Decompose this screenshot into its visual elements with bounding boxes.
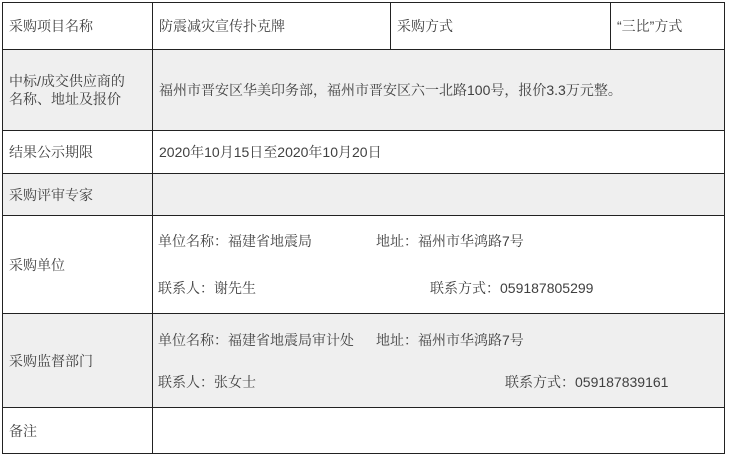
supervisor-address: 地址：福州市华鸿路7号 [376, 331, 524, 349]
result-period-label: 结果公示期限 [3, 131, 153, 174]
supervisor-person-line: 联系人：张女士 联系方式：059187839161 [153, 361, 724, 403]
purchaser-contact-cell: 单位名称：福建省地震局 地址：福州市华鸿路7号 联系人：谢先生 联系方式：059… [153, 216, 725, 314]
supplier-value: 福州市晋安区华美印务部，福州市晋安区六一北路100号，报价3.3万元整。 [153, 50, 725, 131]
purchaser-contact-person: 联系人：谢先生 [158, 279, 430, 297]
table-row-experts: 采购评审专家 [3, 174, 725, 216]
result-period-value: 2020年10月15日至2020年10月20日 [153, 131, 725, 174]
table-row-supplier: 中标/成交供应商的 名称、地址及报价 福州市晋安区华美印务部，福州市晋安区六一北… [3, 50, 725, 131]
purchaser-unit-line: 单位名称：福建省地震局 地址：福州市华鸿路7号 [153, 218, 724, 265]
table-row-purchaser: 采购单位 单位名称：福建省地震局 地址：福州市华鸿路7号 联系人：谢先生 联系方… [3, 216, 725, 314]
procurement-method-label: 采购方式 [391, 3, 611, 50]
table-row-supervisor: 采购监督部门 单位名称：福建省地震局审计处 地址：福州市华鸿路7号 联系人：张女… [3, 314, 725, 408]
procurement-announcement-page: 采购项目名称 防震减灾宣传扑克牌 采购方式 “三比”方式 中标/成交供应商的 名… [0, 0, 732, 460]
table-row-project: 采购项目名称 防震减灾宣传扑克牌 采购方式 “三比”方式 [3, 3, 725, 50]
supervisor-unit-name: 单位名称：福建省地震局审计处 [158, 331, 376, 349]
project-name-label: 采购项目名称 [3, 3, 153, 50]
remarks-value [153, 408, 725, 454]
supervisor-contact-person: 联系人：张女士 [158, 373, 505, 391]
supervisor-contact-cell: 单位名称：福建省地震局审计处 地址：福州市华鸿路7号 联系人：张女士 联系方式：… [153, 314, 725, 408]
remarks-label: 备注 [3, 408, 153, 454]
purchaser-person-line: 联系人：谢先生 联系方式：059187805299 [153, 265, 724, 312]
purchaser-contact-phone: 联系方式：059187805299 [430, 279, 593, 297]
purchaser-label: 采购单位 [3, 216, 153, 314]
review-experts-value [153, 174, 725, 216]
supervisor-label: 采购监督部门 [3, 314, 153, 408]
supplier-label: 中标/成交供应商的 名称、地址及报价 [3, 50, 153, 131]
table-row-remarks: 备注 [3, 408, 725, 454]
review-experts-label: 采购评审专家 [3, 174, 153, 216]
procurement-method-value: “三比”方式 [611, 3, 725, 50]
purchaser-address: 地址：福州市华鸿路7号 [376, 232, 524, 250]
procurement-result-table: 采购项目名称 防震减灾宣传扑克牌 采购方式 “三比”方式 中标/成交供应商的 名… [2, 2, 725, 454]
table-row-result-period: 结果公示期限 2020年10月15日至2020年10月20日 [3, 131, 725, 174]
supervisor-unit-line: 单位名称：福建省地震局审计处 地址：福州市华鸿路7号 [153, 319, 724, 361]
supervisor-contact-phone: 联系方式：059187839161 [505, 373, 668, 391]
purchaser-unit-name: 单位名称：福建省地震局 [158, 232, 376, 250]
project-name-value: 防震减灾宣传扑克牌 [153, 3, 391, 50]
